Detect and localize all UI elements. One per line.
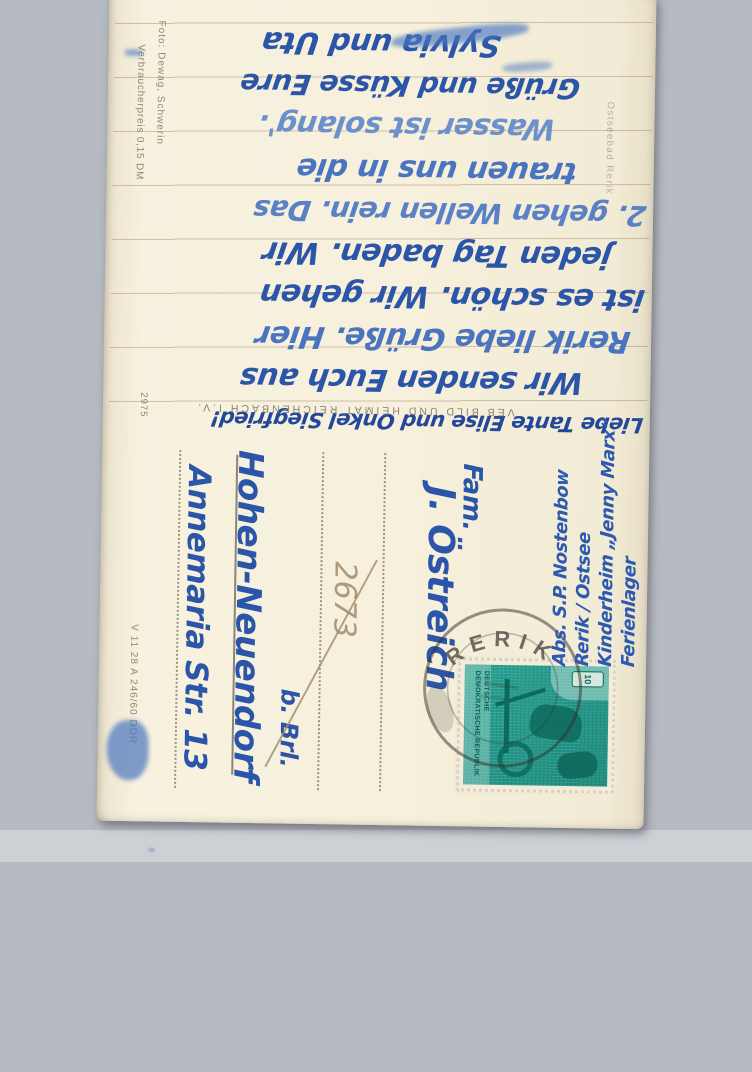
postcard-back: Ostseebad Rerik Liebe Tante Elise und On… bbox=[96, 0, 656, 829]
message-area: Liebe Tante Elise und Onkel Siegfried! W… bbox=[110, 16, 651, 446]
photo-credit-imprint: Foto: Dewag, Schwerin bbox=[154, 20, 167, 145]
message-line: Wasser ist solang'. bbox=[113, 102, 653, 152]
address-town: Hohen-Neuendorf bbox=[225, 450, 270, 783]
message-line: Sylvia und Uta bbox=[114, 18, 654, 68]
postmark-town-text: RERIK bbox=[440, 625, 563, 672]
message-line: jeden Tag baden. Wir bbox=[111, 228, 651, 278]
message-line: 2. gehen Wellen rein. Das bbox=[111, 186, 651, 236]
address-rule bbox=[317, 452, 324, 790]
ink-smudge bbox=[124, 49, 142, 56]
postmark-date-mark bbox=[480, 694, 506, 700]
message-line: Grüße und Küsse Eure bbox=[113, 60, 653, 110]
address-rule bbox=[379, 453, 386, 791]
price-imprint: Verbraucherpreis 0,15 DM bbox=[134, 44, 147, 180]
scanned-postcard-background: Ostseebad Rerik Liebe Tante Elise und On… bbox=[0, 0, 752, 1072]
message-line: ist es schön. Wir gehen bbox=[110, 270, 650, 320]
ink-smudge bbox=[106, 720, 149, 781]
pencil-note: 2673 bbox=[326, 561, 362, 638]
postmark-date-mark bbox=[485, 681, 519, 689]
ink-speck bbox=[148, 848, 155, 852]
address-street: Annemaria Str. 13 bbox=[176, 465, 217, 771]
message-line: trauen uns in die bbox=[112, 144, 652, 194]
order-number-imprint: 2975 bbox=[138, 392, 149, 417]
message-line: Rerik liebe Grüße. Hier bbox=[109, 312, 649, 362]
scanner-light-band bbox=[0, 830, 752, 862]
sender-address: Abs. S.P. Nostenbow Rerik / Ostsee Kinde… bbox=[548, 418, 644, 667]
message-line: Wir senden Euch aus bbox=[109, 354, 649, 404]
sender-line: Ferienlager bbox=[617, 418, 644, 668]
